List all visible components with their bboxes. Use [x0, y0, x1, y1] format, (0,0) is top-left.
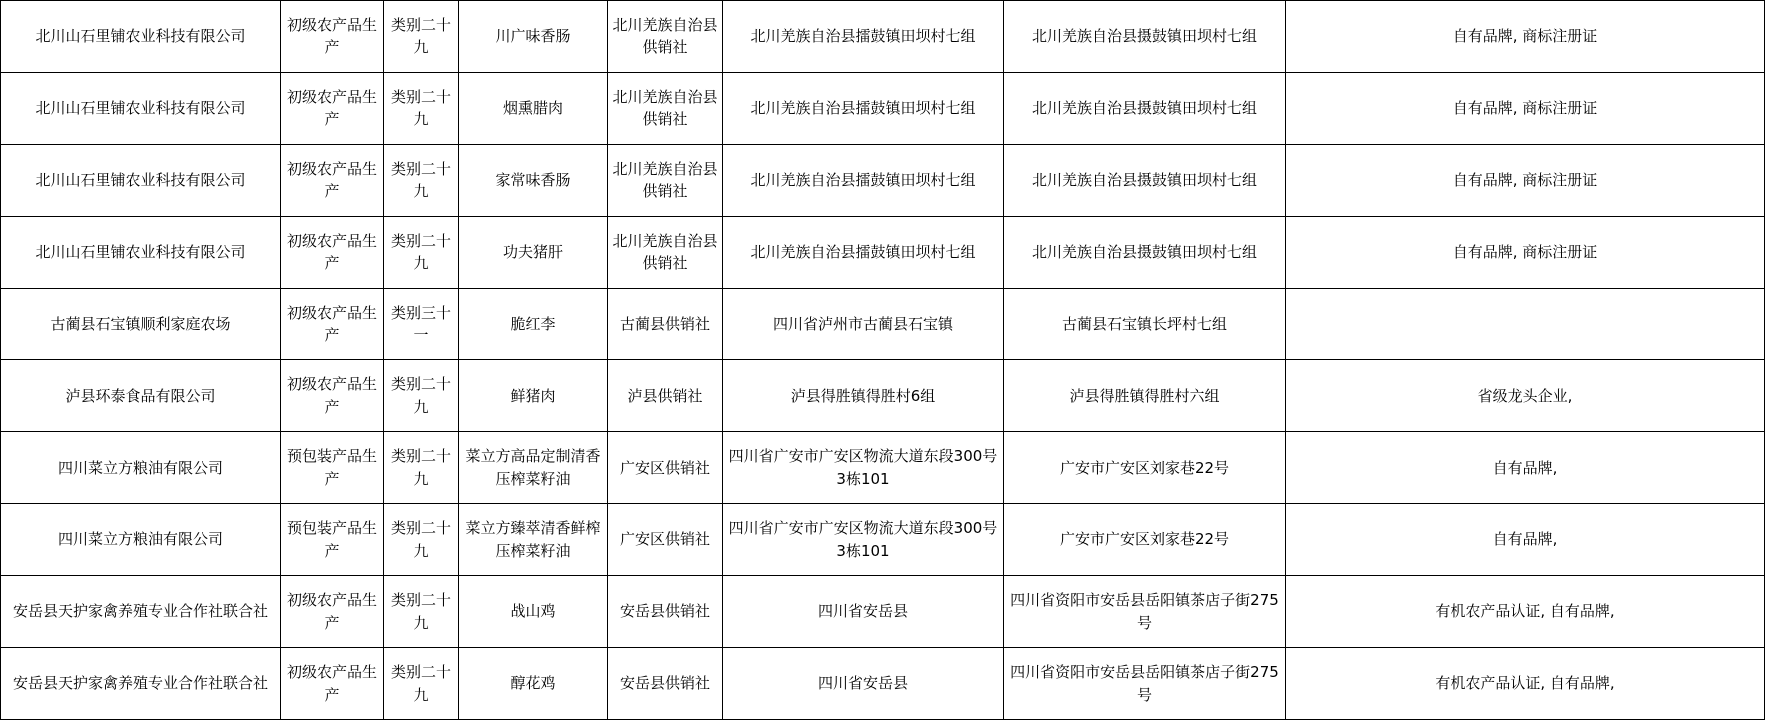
table-cell-production-address: 四川省广安市广安区物流大道东段300号3栋101	[723, 432, 1004, 504]
table-row: 泸县环泰食品有限公司初级农产品生产类别二十九鲜猪肉泸县供销社泸县得胜镇得胜村6组…	[1, 360, 1765, 432]
table-cell-registered-address: 北川羌族自治县摄鼓镇田坝村七组	[1004, 1, 1286, 73]
table-cell-production-type: 初级农产品生产	[281, 72, 384, 144]
table-cell-production-type: 初级农产品生产	[281, 648, 384, 720]
table-cell-production-type: 预包装产品生产	[281, 432, 384, 504]
table-cell-company: 泸县环泰食品有限公司	[1, 360, 281, 432]
table-cell-category: 类别二十九	[384, 360, 459, 432]
table-row: 安岳县天护家禽养殖专业合作社联合社初级农产品生产类别二十九战山鸡安岳县供销社四川…	[1, 576, 1765, 648]
table-cell-product: 战山鸡	[459, 576, 608, 648]
table-cell-production-type: 初级农产品生产	[281, 360, 384, 432]
table-cell-product: 功夫猪肝	[459, 216, 608, 288]
table-cell-cooperative: 北川羌族自治县供销社	[608, 1, 723, 73]
table-cell-production-address: 北川羌族自治县擂鼓镇田坝村七组	[723, 216, 1004, 288]
table-cell-production-address: 北川羌族自治县擂鼓镇田坝村七组	[723, 72, 1004, 144]
table-cell-category: 类别三十一	[384, 288, 459, 360]
table-cell-production-type: 预包装产品生产	[281, 504, 384, 576]
table-cell-brand-certification: 省级龙头企业,	[1286, 360, 1765, 432]
table-cell-production-type: 初级农产品生产	[281, 288, 384, 360]
table-cell-product: 川广味香肠	[459, 1, 608, 73]
table-row: 四川菜立方粮油有限公司预包装产品生产类别二十九菜立方高品定制清香压榨菜籽油广安区…	[1, 432, 1765, 504]
table-cell-cooperative: 北川羌族自治县供销社	[608, 144, 723, 216]
table-cell-cooperative: 泸县供销社	[608, 360, 723, 432]
table-cell-product: 家常味香肠	[459, 144, 608, 216]
table-cell-production-type: 初级农产品生产	[281, 144, 384, 216]
registry-table-container: 北川山石里铺农业科技有限公司初级农产品生产类别二十九川广味香肠北川羌族自治县供销…	[0, 0, 1765, 724]
table-cell-production-address: 四川省安岳县	[723, 648, 1004, 720]
table-row: 北川山石里铺农业科技有限公司初级农产品生产类别二十九家常味香肠北川羌族自治县供销…	[1, 144, 1765, 216]
table-cell-brand-certification	[1286, 288, 1765, 360]
table-cell-category: 类别二十九	[384, 504, 459, 576]
table-cell-brand-certification: 有机农产品认证, 自有品牌,	[1286, 648, 1765, 720]
table-cell-cooperative: 古蔺县供销社	[608, 288, 723, 360]
table-cell-product: 脆红李	[459, 288, 608, 360]
table-cell-category: 类别二十九	[384, 648, 459, 720]
table-cell-registered-address: 北川羌族自治县摄鼓镇田坝村七组	[1004, 72, 1286, 144]
table-cell-category: 类别二十九	[384, 1, 459, 73]
table-cell-cooperative: 安岳县供销社	[608, 648, 723, 720]
table-cell-registered-address: 广安市广安区刘家巷22号	[1004, 504, 1286, 576]
table-cell-production-address: 四川省泸州市古蔺县石宝镇	[723, 288, 1004, 360]
table-cell-brand-certification: 自有品牌,	[1286, 504, 1765, 576]
table-cell-category: 类别二十九	[384, 144, 459, 216]
table-cell-registered-address: 古蔺县石宝镇长坪村七组	[1004, 288, 1286, 360]
table-cell-category: 类别二十九	[384, 72, 459, 144]
table-cell-production-address: 四川省广安市广安区物流大道东段300号3栋101	[723, 504, 1004, 576]
table-cell-category: 类别二十九	[384, 216, 459, 288]
table-cell-company: 北川山石里铺农业科技有限公司	[1, 1, 281, 73]
table-row: 安岳县天护家禽养殖专业合作社联合社初级农产品生产类别二十九醇花鸡安岳县供销社四川…	[1, 648, 1765, 720]
table-cell-registered-address: 北川羌族自治县摄鼓镇田坝村七组	[1004, 216, 1286, 288]
table-cell-company: 北川山石里铺农业科技有限公司	[1, 72, 281, 144]
table-cell-production-type: 初级农产品生产	[281, 216, 384, 288]
table-row: 古蔺县石宝镇顺利家庭农场初级农产品生产类别三十一脆红李古蔺县供销社四川省泸州市古…	[1, 288, 1765, 360]
table-cell-product: 烟熏腊肉	[459, 72, 608, 144]
table-row: 北川山石里铺农业科技有限公司初级农产品生产类别二十九川广味香肠北川羌族自治县供销…	[1, 1, 1765, 73]
table-body: 北川山石里铺农业科技有限公司初级农产品生产类别二十九川广味香肠北川羌族自治县供销…	[1, 1, 1765, 720]
table-cell-production-address: 泸县得胜镇得胜村6组	[723, 360, 1004, 432]
table-cell-cooperative: 北川羌族自治县供销社	[608, 216, 723, 288]
table-cell-product: 菜立方高品定制清香压榨菜籽油	[459, 432, 608, 504]
table-cell-company: 四川菜立方粮油有限公司	[1, 504, 281, 576]
table-cell-brand-certification: 自有品牌,	[1286, 432, 1765, 504]
table-cell-company: 安岳县天护家禽养殖专业合作社联合社	[1, 576, 281, 648]
table-cell-production-address: 北川羌族自治县擂鼓镇田坝村七组	[723, 144, 1004, 216]
table-cell-brand-certification: 有机农产品认证, 自有品牌,	[1286, 576, 1765, 648]
table-cell-category: 类别二十九	[384, 576, 459, 648]
table-cell-product: 鲜猪肉	[459, 360, 608, 432]
table-cell-company: 古蔺县石宝镇顺利家庭农场	[1, 288, 281, 360]
table-cell-production-type: 初级农产品生产	[281, 1, 384, 73]
table-cell-company: 四川菜立方粮油有限公司	[1, 432, 281, 504]
table-cell-cooperative: 北川羌族自治县供销社	[608, 72, 723, 144]
table-cell-cooperative: 广安区供销社	[608, 504, 723, 576]
table-cell-company: 北川山石里铺农业科技有限公司	[1, 216, 281, 288]
table-cell-category: 类别二十九	[384, 432, 459, 504]
table-cell-production-address: 北川羌族自治县擂鼓镇田坝村七组	[723, 1, 1004, 73]
table-cell-registered-address: 广安市广安区刘家巷22号	[1004, 432, 1286, 504]
table-cell-registered-address: 北川羌族自治县摄鼓镇田坝村七组	[1004, 144, 1286, 216]
table-cell-company: 北川山石里铺农业科技有限公司	[1, 144, 281, 216]
table-cell-brand-certification: 自有品牌, 商标注册证	[1286, 72, 1765, 144]
table-cell-product: 醇花鸡	[459, 648, 608, 720]
table-cell-brand-certification: 自有品牌, 商标注册证	[1286, 144, 1765, 216]
table-cell-cooperative: 广安区供销社	[608, 432, 723, 504]
table-cell-brand-certification: 自有品牌, 商标注册证	[1286, 1, 1765, 73]
table-cell-production-type: 初级农产品生产	[281, 576, 384, 648]
table-row: 北川山石里铺农业科技有限公司初级农产品生产类别二十九烟熏腊肉北川羌族自治县供销社…	[1, 72, 1765, 144]
table-cell-production-address: 四川省安岳县	[723, 576, 1004, 648]
table-row: 四川菜立方粮油有限公司预包装产品生产类别二十九菜立方臻萃清香鲜榨压榨菜籽油广安区…	[1, 504, 1765, 576]
table-row: 北川山石里铺农业科技有限公司初级农产品生产类别二十九功夫猪肝北川羌族自治县供销社…	[1, 216, 1765, 288]
table-cell-registered-address: 四川省资阳市安岳县岳阳镇茶店子街275号	[1004, 648, 1286, 720]
supplier-product-registry-table: 北川山石里铺农业科技有限公司初级农产品生产类别二十九川广味香肠北川羌族自治县供销…	[0, 0, 1765, 720]
table-cell-company: 安岳县天护家禽养殖专业合作社联合社	[1, 648, 281, 720]
table-cell-cooperative: 安岳县供销社	[608, 576, 723, 648]
table-cell-product: 菜立方臻萃清香鲜榨压榨菜籽油	[459, 504, 608, 576]
table-cell-registered-address: 四川省资阳市安岳县岳阳镇茶店子街275号	[1004, 576, 1286, 648]
table-cell-registered-address: 泸县得胜镇得胜村六组	[1004, 360, 1286, 432]
table-cell-brand-certification: 自有品牌, 商标注册证	[1286, 216, 1765, 288]
